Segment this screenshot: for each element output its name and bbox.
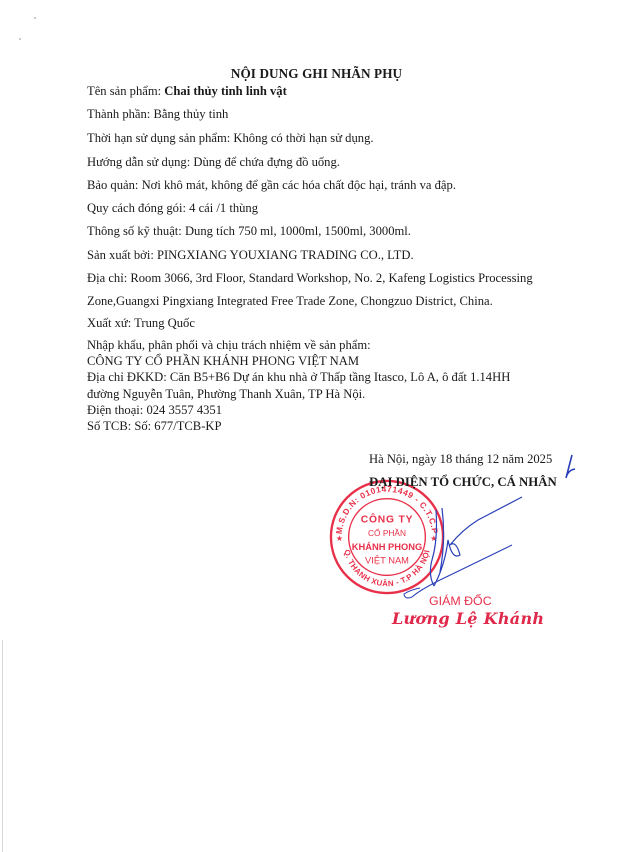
importer-line: đường Nguyễn Tuân, Phường Thanh Xuân, TP…	[87, 387, 365, 402]
svg-text:KHÁNH PHONG: KHÁNH PHONG	[352, 542, 422, 552]
document-title: NỘI DUNG GHI NHÃN PHỤ	[0, 66, 633, 82]
svg-text:VIỆT NAM: VIỆT NAM	[365, 556, 409, 566]
scan-speck	[19, 38, 21, 40]
product-name-value: Chai thủy tinh linh vật	[164, 84, 286, 98]
info-line: Thông số kỹ thuật: Dung tích 750 ml, 100…	[87, 224, 411, 239]
svg-text:CỔ PHẦN: CỔ PHẦN	[368, 527, 406, 538]
company-stamp: M.S.D.N: 0101471449 - C.T.C.P Q. THANH X…	[328, 478, 446, 596]
importer-line: Địa chỉ ĐKKD: Căn B5+B6 Dự án khu nhà ở …	[87, 370, 510, 385]
info-line: Xuất xứ: Trung Quốc	[87, 316, 195, 331]
info-line: Địa chỉ: Room 3066, 3rd Floor, Standard …	[87, 271, 533, 286]
info-line: Bảo quản: Nơi khô mát, không để gần các …	[87, 178, 456, 193]
importer-line: Số TCB: Số: 677/TCB-KP	[87, 419, 222, 434]
info-line: Thành phần: Bằng thủy tinh	[87, 107, 228, 122]
scan-speck	[34, 17, 36, 19]
svg-text:★: ★	[336, 534, 343, 543]
svg-text:CÔNG TY: CÔNG TY	[361, 512, 414, 525]
importer-line: Điện thoại: 024 3557 4351	[87, 403, 222, 418]
importer-line: Nhập khẩu, phân phối và chịu trách nhiệm…	[87, 338, 371, 353]
info-line: Thời hạn sử dụng sản phẩm: Không có thời…	[87, 131, 374, 146]
product-name-line: Tên sản phẩm: Chai thủy tinh linh vật	[87, 84, 287, 99]
svg-text:★: ★	[430, 534, 437, 543]
document-page: NỘI DUNG GHI NHÃN PHỤ Tên sản phẩm: Chai…	[0, 0, 633, 852]
importer-line: CÔNG TY CỔ PHẦN KHÁNH PHONG VIỆT NAM	[87, 354, 359, 369]
info-line: Zone,Guangxi Pingxiang Integrated Free T…	[87, 294, 493, 309]
info-line: Hướng dẫn sử dụng: Dùng để chứa đựng đồ …	[87, 155, 340, 170]
product-name-label: Tên sản phẩm:	[87, 84, 164, 98]
signature-date: Hà Nội, ngày 18 tháng 12 năm 2025	[369, 452, 552, 467]
scan-edge	[2, 640, 3, 852]
info-line: Quy cách đóng gói: 4 cái /1 thùng	[87, 201, 258, 216]
info-line: Sản xuất bởi: PINGXIANG YOUXIANG TRADING…	[87, 248, 414, 263]
signature-title: ĐẠI DIỆN TỔ CHỨC, CÁ NHÂN	[369, 475, 557, 490]
director-name: Lương Lệ Khánh	[392, 609, 544, 628]
director-position: GIÁM ĐỐC	[429, 594, 492, 608]
